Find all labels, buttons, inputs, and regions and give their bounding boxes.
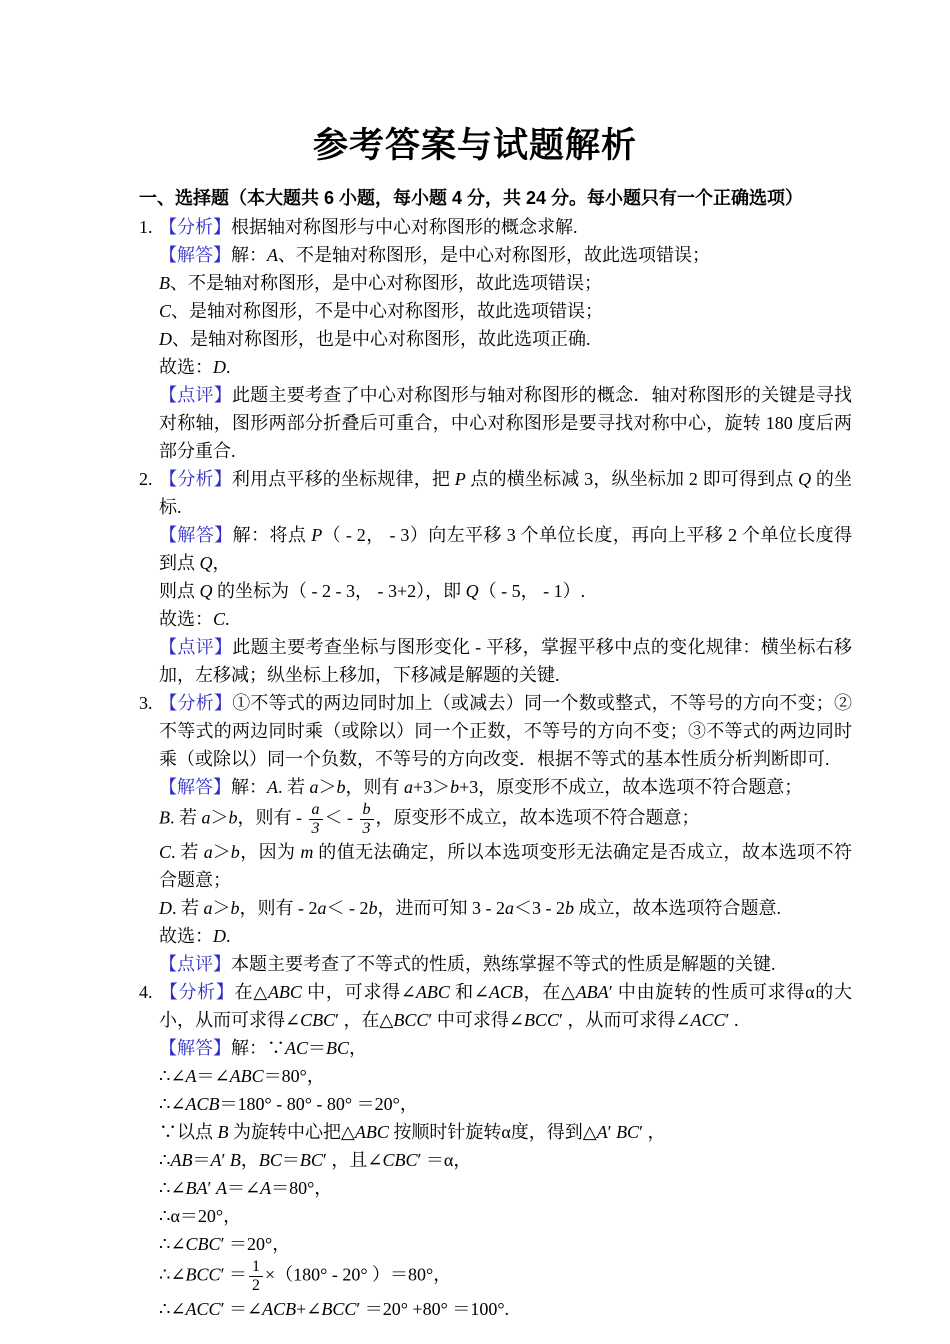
text-run: A: [267, 245, 278, 265]
fraction-numerator: a: [309, 801, 323, 819]
answer-paragraph: 【解答】解：A、不是轴对称图形，是中心对称图形，故此选项错误；: [159, 241, 852, 269]
text-run: ，原变形不成立，故本选项不符合题意；: [376, 808, 700, 828]
text-run: B: [218, 1122, 229, 1142]
text-run: ′ ＝∠: [221, 1299, 263, 1319]
document-content: 一、选择题（本大题共 6 小题，每小题 4 分，共 24 分。每小题只有一个正确…: [139, 184, 852, 1323]
paragraph-text: 【分析】在△ABC 中，可求得∠ABC 和∠ACB，在△ABA′ 中由旋转的性质…: [159, 982, 852, 1030]
bracket-label: 【解答】: [159, 777, 231, 797]
text-run: ACB: [186, 1094, 220, 1114]
text-run: . 若: [172, 898, 204, 918]
proof-line: ∴∠CBC′ ＝20°，: [159, 1230, 852, 1258]
text-run: +∠: [296, 1299, 321, 1319]
text-run: 和∠: [450, 982, 489, 1002]
text-run: 利用点平移的坐标规律，把: [232, 469, 455, 489]
text-run: 此题主要考查了中心对称图形与轴对称图形的概念．轴对称图形的关键是寻找对称轴，图形…: [159, 385, 852, 461]
text-run: ′ ＝α，: [417, 1150, 471, 1170]
text-run: CBC: [382, 1150, 417, 1170]
text-run: a: [202, 808, 211, 828]
text-run: （ - 5， - 1）.: [479, 581, 586, 601]
question-item-3: 3.【分析】①不等式的两边同时加上（或减去）同一个数或整式，不等号的方向不变；②…: [139, 689, 852, 978]
text-run: 故选：: [159, 926, 213, 946]
text-run: b: [450, 777, 459, 797]
text-run: ＞: [211, 808, 229, 828]
bracket-label: 【分析】: [159, 469, 232, 489]
text-run: 则点: [159, 581, 200, 601]
question-item-4: 4.【分析】在△ABC 中，可求得∠ABC 和∠ACB，在△ABA′ 中由旋转的…: [139, 978, 852, 1323]
text-run: 按顺时针旋转α度，得到△: [389, 1122, 597, 1142]
text-run: ，在△: [523, 982, 576, 1002]
text-run: 故选：: [159, 357, 213, 377]
text-run: b: [369, 898, 378, 918]
proof-line: ∵以点 B 为旋转中心把△ABC 按顺时针旋转α度，得到△A′ BC′ ，: [159, 1118, 852, 1146]
text-run: B: [159, 273, 170, 293]
text-run: BC: [326, 1038, 349, 1058]
text-run: ABC: [355, 1122, 389, 1142]
text-run: 成立，故本选项符合题意.: [574, 898, 781, 918]
text-run: .: [226, 357, 231, 377]
text-run: ∴∠: [159, 1299, 186, 1319]
text-run: .: [226, 926, 231, 946]
text-run: ，: [349, 1038, 367, 1058]
text-run: 解：将点: [233, 525, 312, 545]
text-run: ∴∠: [159, 1178, 186, 1198]
text-run: BC: [259, 1150, 282, 1170]
text-run: ∵以点: [159, 1122, 218, 1142]
text-run: 故选：: [159, 609, 213, 629]
analysis-paragraph: 4.【分析】在△ABC 中，可求得∠ABC 和∠ACB，在△ABA′ 中由旋转的…: [159, 978, 852, 1034]
bracket-label: 【分析】: [159, 217, 231, 237]
text-run: 根据轴对称图形与中心对称图形的概念求解.: [231, 217, 578, 237]
conclusion-line: 故选：C.: [159, 605, 852, 633]
text-run: BC: [300, 1150, 323, 1170]
section-heading: 一、选择题（本大题共 6 小题，每小题 4 分，共 24 分。每小题只有一个正确…: [139, 184, 852, 212]
text-run: CBC: [186, 1234, 221, 1254]
text-run: ′ ，在△: [335, 1010, 393, 1030]
text-run: a: [404, 777, 413, 797]
question-number: 4.: [139, 978, 159, 1006]
text-run: D: [159, 898, 172, 918]
bracket-label: 【点评】: [159, 385, 232, 405]
text-run: A: [216, 1178, 227, 1198]
option-line-c: C、是轴对称图形，不是中心对称图形，故此选项错误；: [159, 297, 852, 325]
analysis-paragraph: 1.【分析】根据轴对称图形与中心对称图形的概念求解.: [159, 213, 852, 241]
text-run: 、不是轴对称图形，是中心对称图形，故此选项错误；: [278, 245, 710, 265]
proof-line: ∴∠BA′ A＝∠A＝80°，: [159, 1174, 852, 1202]
text-run: ACB: [489, 982, 523, 1002]
proof-line: ∴∠ACB＝180° - 80° - 80° ＝20°，: [159, 1090, 852, 1118]
text-run: A: [597, 1122, 608, 1142]
text-run: Q: [466, 581, 479, 601]
fraction-denominator: 3: [360, 819, 374, 838]
text-run: ACC: [186, 1299, 221, 1319]
text-run: ABA: [576, 982, 609, 1002]
text-run: ＝: [282, 1150, 300, 1170]
text-run: ，则有: [346, 777, 405, 797]
proof-line: ∴α＝20°，: [159, 1202, 852, 1230]
question-number: 1.: [139, 213, 159, 241]
text-run: D: [213, 357, 226, 377]
text-run: 、是轴对称图形，也是中心对称图形，故此选项正确.: [172, 329, 591, 349]
conclusion-line: 故选：D.: [159, 353, 852, 381]
text-run: ，: [241, 1150, 259, 1170]
fraction-denominator: 2: [249, 1276, 263, 1295]
page-title: 参考答案与试题解析: [0, 118, 950, 168]
text-run: ，则有 - 2: [240, 898, 318, 918]
text-run: ，则有 -: [238, 808, 307, 828]
proof-line: ∴AB＝A′ B，BC＝BC′ ，且∠CBC′ ＝α，: [159, 1146, 852, 1174]
text-run: m: [300, 842, 313, 862]
text-run: ＝180° - 80° - 80° ＝20°，: [220, 1094, 418, 1114]
text-run: +3，原变形不成立，故本选项不符合题意；: [459, 777, 802, 797]
proof-line: ∴∠A＝∠ABC＝80°，: [159, 1062, 852, 1090]
proof-line: ∴∠ACC′ ＝∠ACB+∠BCC′ ＝20° +80° ＝100°.: [159, 1295, 852, 1323]
bracket-label: 【解答】: [159, 245, 231, 265]
fraction-denominator: 3: [309, 819, 323, 838]
text-run: ACB: [262, 1299, 296, 1319]
text-run: Q: [798, 469, 811, 489]
text-run: D: [159, 329, 172, 349]
text-run: BA: [186, 1178, 208, 1198]
text-run: Q: [200, 581, 213, 601]
text-run: ＝: [192, 1150, 210, 1170]
text-run: ＜3 - 2: [514, 898, 565, 918]
text-run: BCC: [524, 1010, 559, 1030]
text-run: P: [311, 525, 322, 545]
text-run: ′ ，从而可求得∠: [559, 1010, 691, 1030]
text-run: b: [337, 777, 346, 797]
text-run: ＝: [308, 1038, 326, 1058]
analysis-paragraph: 3.【分析】①不等式的两边同时加上（或减去）同一个数或整式，不等号的方向不变；②…: [159, 689, 852, 773]
text-run: CBC: [300, 1010, 335, 1030]
bracket-label: 【分析】: [159, 982, 235, 1002]
text-run: 点的横坐标减 3，纵坐标加 2 即可得到点: [466, 469, 798, 489]
text-run: C: [213, 609, 225, 629]
text-run: 、是轴对称图形，不是中心对称图形，故此选项错误；: [171, 301, 603, 321]
text-run: ∴∠: [159, 1066, 186, 1086]
bracket-label: 【分析】: [159, 693, 232, 713]
text-run: AB: [170, 1150, 192, 1170]
text-run: ＝∠: [227, 1178, 260, 1198]
text-run: +3＞: [413, 777, 450, 797]
text-run: ＞: [319, 777, 337, 797]
text-run: ＞: [213, 898, 231, 918]
text-run: ∴: [159, 1150, 170, 1170]
text-run: ∴∠: [159, 1264, 186, 1284]
text-run: ×（180° - 20° ）＝80°，: [265, 1264, 451, 1284]
text-run: . 若: [171, 842, 204, 862]
text-run: ＜ - 2: [327, 898, 369, 918]
text-run: A: [267, 777, 278, 797]
text-run: b: [231, 842, 240, 862]
text-run: ＜ -: [325, 808, 358, 828]
text-run: b: [231, 898, 240, 918]
document-page: 参考答案与试题解析 一、选择题（本大题共 6 小题，每小题 4 分，共 24 分…: [0, 0, 950, 1344]
text-run: ，进而可知 3 - 2: [378, 898, 506, 918]
text-run: a: [204, 898, 213, 918]
text-run: ′ ＝20° +80° ＝100°.: [356, 1299, 509, 1319]
answer-paragraph: 【解答】解：将点 P（ - 2， - 3）向左平移 3 个单位长度，再向上平移 …: [159, 521, 852, 577]
text-run: ACC: [690, 1010, 725, 1030]
text-run: BCC: [186, 1264, 221, 1284]
text-run: Q: [200, 553, 213, 573]
question-number: 3.: [139, 689, 159, 717]
fraction-numerator: b: [360, 801, 374, 819]
text-run: a: [204, 842, 213, 862]
text-run: B: [230, 1150, 241, 1170]
fraction-numerator: 1: [249, 1258, 263, 1276]
text-run: ∴∠: [159, 1234, 186, 1254]
question-item-2: 2.【分析】利用点平移的坐标规律，把 P 点的横坐标减 3，纵坐标加 2 即可得…: [139, 465, 852, 689]
text-run: a: [505, 898, 514, 918]
comment-paragraph: 【点评】此题主要考查坐标与图形变化 - 平移，掌握平移中点的变化规律：横坐标右移…: [159, 633, 852, 689]
answer-paragraph: 【解答】解：A. 若 a＞b，则有 a+3＞b+3，原变形不成立，故本选项不符合…: [159, 773, 852, 801]
text-run: P: [455, 469, 466, 489]
math-fraction: a3: [309, 801, 323, 838]
text-run: . 若: [170, 808, 202, 828]
text-run: 为旋转中心把△: [229, 1122, 355, 1142]
text-run: ′ ＝20°，: [221, 1234, 291, 1254]
text-run: ′: [208, 1178, 216, 1198]
bracket-label: 【点评】: [159, 637, 232, 657]
answer-paragraph: 【解答】解：∵AC＝BC，: [159, 1034, 852, 1062]
bracket-label: 【点评】: [159, 954, 231, 974]
text-run: . 若: [278, 777, 310, 797]
text-run: 解：: [231, 245, 267, 265]
bracket-label: 【解答】: [159, 1038, 231, 1058]
text-run: ′: [608, 1122, 616, 1142]
text-run: B: [159, 808, 170, 828]
text-run: ′: [221, 1150, 229, 1170]
text-run: 此题主要考查坐标与图形变化 - 平移，掌握平移中点的变化规律：横坐标右移加，左移…: [159, 637, 852, 685]
text-run: ，: [213, 553, 231, 573]
text-run: AC: [285, 1038, 308, 1058]
text-run: a: [310, 777, 319, 797]
text-run: ABC: [416, 982, 450, 1002]
option-line-d: D. 若 a＞b，则有 - 2a＜ - 2b，进而可知 3 - 2a＜3 - 2…: [159, 894, 852, 922]
text-run: 在△: [235, 982, 268, 1002]
text-run: ′ .: [726, 1010, 739, 1030]
comment-paragraph: 【点评】本题主要考查了不等式的性质，熟练掌握不等式的性质是解题的关键.: [159, 950, 852, 978]
math-fraction: 12: [249, 1258, 263, 1295]
text-run: ∴α＝20°，: [159, 1206, 241, 1226]
text-run: A: [186, 1066, 197, 1086]
text-run: ′ ，: [639, 1122, 665, 1142]
analysis-paragraph: 2.【分析】利用点平移的坐标规律，把 P 点的横坐标减 3，纵坐标加 2 即可得…: [159, 465, 852, 521]
text-run: ′ ，且∠: [323, 1150, 383, 1170]
text-run: 本题主要考查了不等式的性质，熟练掌握不等式的性质是解题的关键.: [231, 954, 776, 974]
paragraph-text: 【分析】根据轴对称图形与中心对称图形的概念求解.: [159, 217, 578, 237]
text-run: D: [213, 926, 226, 946]
text-run: 、不是轴对称图形，是中心对称图形，故此选项错误；: [170, 273, 602, 293]
option-line-b: B、不是轴对称图形，是中心对称图形，故此选项错误；: [159, 269, 852, 297]
text-run: C: [159, 842, 171, 862]
text-run: b: [565, 898, 574, 918]
text-run: A: [260, 1178, 271, 1198]
text-run: b: [229, 808, 238, 828]
option-line-d: D、是轴对称图形，也是中心对称图形，故此选项正确.: [159, 325, 852, 353]
text-run: 的坐标为（ - 2 - 3， - 3+2），即: [213, 581, 466, 601]
text-run: ＝∠: [197, 1066, 230, 1086]
text-run: .: [225, 609, 230, 629]
text-run: BCC: [321, 1299, 356, 1319]
text-run: ABC: [268, 982, 302, 1002]
text-run: C: [159, 301, 171, 321]
text-run: 解：∵: [231, 1038, 285, 1058]
text-run: A: [210, 1150, 221, 1170]
text-run: ′ ＝: [221, 1264, 247, 1284]
proof-line: ∴∠BCC′ ＝12×（180° - 20° ）＝80°，: [159, 1258, 852, 1295]
text-run: ABC: [230, 1066, 264, 1086]
text-run: BC: [616, 1122, 639, 1142]
text-run: ′ 中可求得∠: [428, 1010, 524, 1030]
comment-paragraph: 【点评】此题主要考查了中心对称图形与轴对称图形的概念．轴对称图形的关键是寻找对称…: [159, 381, 852, 465]
question-number: 2.: [139, 465, 159, 493]
text-run: 中，可求得∠: [302, 982, 416, 1002]
text-run: ，因为: [240, 842, 301, 862]
text-run: BCC: [393, 1010, 428, 1030]
math-fraction: b3: [360, 801, 374, 838]
paragraph-text: 【分析】①不等式的两边同时加上（或减去）同一个数或整式，不等号的方向不变；②不等…: [159, 693, 852, 769]
text-run: ＝80°，: [271, 1178, 332, 1198]
bracket-label: 【解答】: [159, 525, 233, 545]
text-run: 解：: [231, 777, 267, 797]
text-run: ＝80°，: [264, 1066, 325, 1086]
text-run: ∴∠: [159, 1094, 186, 1114]
conclusion-line: 故选：D.: [159, 922, 852, 950]
question-item-1: 1.【分析】根据轴对称图形与中心对称图形的概念求解. 【解答】解：A、不是轴对称…: [139, 213, 852, 465]
text-run: ＞: [213, 842, 231, 862]
paragraph-text: 【分析】利用点平移的坐标规律，把 P 点的横坐标减 3，纵坐标加 2 即可得到点…: [159, 469, 852, 517]
option-line-c: C. 若 a＞b，因为 m 的值无法确定，所以本选项变形无法确定是否成立，故本选…: [159, 838, 852, 894]
solution-line: 则点 Q 的坐标为（ - 2 - 3， - 3+2），即 Q（ - 5， - 1…: [159, 577, 852, 605]
text-run: ①不等式的两边同时加上（或减去）同一个数或整式，不等号的方向不变；②不等式的两边…: [159, 693, 852, 769]
option-line-b: B. 若 a＞b，则有 - a3＜ - b3，原变形不成立，故本选项不符合题意；: [159, 801, 852, 838]
text-run: a: [318, 898, 327, 918]
